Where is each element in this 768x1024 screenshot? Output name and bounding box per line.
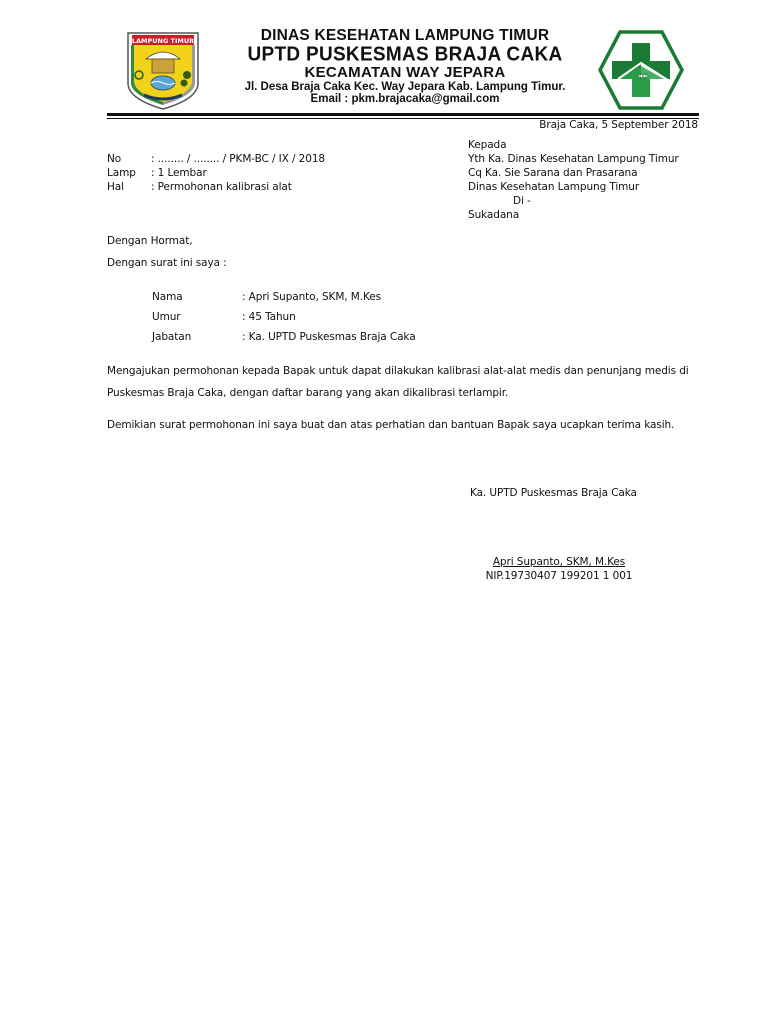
emblem-banner-text: LAMPUNG TIMUR — [132, 37, 194, 45]
meta-label-hal: Hal — [107, 181, 151, 195]
identity-label-position: Jabatan — [152, 331, 191, 345]
district-name: KECAMATAN WAY JEPARA — [220, 64, 590, 81]
recipient-line-office: Dinas Kesehatan Lampung Timur — [468, 181, 639, 195]
identity-value-position: : Ka. UPTD Puskesmas Braja Caka — [242, 331, 416, 345]
meta-value-no: : ........ / ........ / PKM-BC / IX / 20… — [151, 153, 325, 167]
recipient-line-city: Sukadana — [468, 209, 519, 223]
meta-value-lamp: : 1 Lembar — [151, 167, 207, 181]
recipient-line-di: Di - — [513, 195, 531, 209]
identity-label-name: Nama — [152, 291, 183, 305]
puskesmas-cross-hexagon-icon — [598, 30, 684, 110]
meta-value-hal: : Permohonan kalibrasi alat — [151, 181, 292, 195]
recipient-line-yth: Yth Ka. Dinas Kesehatan Lampung Timur — [468, 153, 679, 167]
meta-label-lamp: Lamp — [107, 167, 151, 181]
letter-date: Braja Caka, 5 September 2018 — [539, 119, 698, 133]
identity-value-name: : Apri Supanto, SKM, M.Kes — [242, 291, 381, 305]
letterhead-divider-thick — [107, 113, 699, 116]
identity-label-age: Umur — [152, 311, 181, 325]
signatory-nip: NIP.19730407 199201 1 001 — [470, 570, 648, 584]
institution-address: Jl. Desa Braja Caka Kec. Way Jepara Kab.… — [220, 81, 590, 93]
lampung-timur-emblem-icon: LAMPUNG TIMUR — [126, 31, 200, 111]
closing-paragraph: Demikian surat permohonan ini saya buat … — [107, 415, 707, 437]
request-paragraph: Mengajukan permohonan kepada Bapak untuk… — [107, 361, 707, 404]
meta-label-no: No — [107, 153, 151, 167]
signatory-title: Ka. UPTD Puskesmas Braja Caka — [470, 487, 637, 501]
intro-text: Dengan surat ini saya : — [107, 257, 227, 271]
recipient-line-kepada: Kepada — [468, 139, 506, 153]
recipient-line-cq: Cq Ka. Sie Sarana dan Prasarana — [468, 167, 637, 181]
agency-name: DINAS KESEHATAN LAMPUNG TIMUR — [220, 27, 590, 45]
institution-email: Email : pkm.brajacaka@gmail.com — [220, 93, 590, 105]
greeting: Dengan Hormat, — [107, 235, 192, 249]
identity-value-age: : 45 Tahun — [242, 311, 296, 325]
signatory-name: Apri Supanto, SKM, M.Kes — [470, 556, 648, 570]
